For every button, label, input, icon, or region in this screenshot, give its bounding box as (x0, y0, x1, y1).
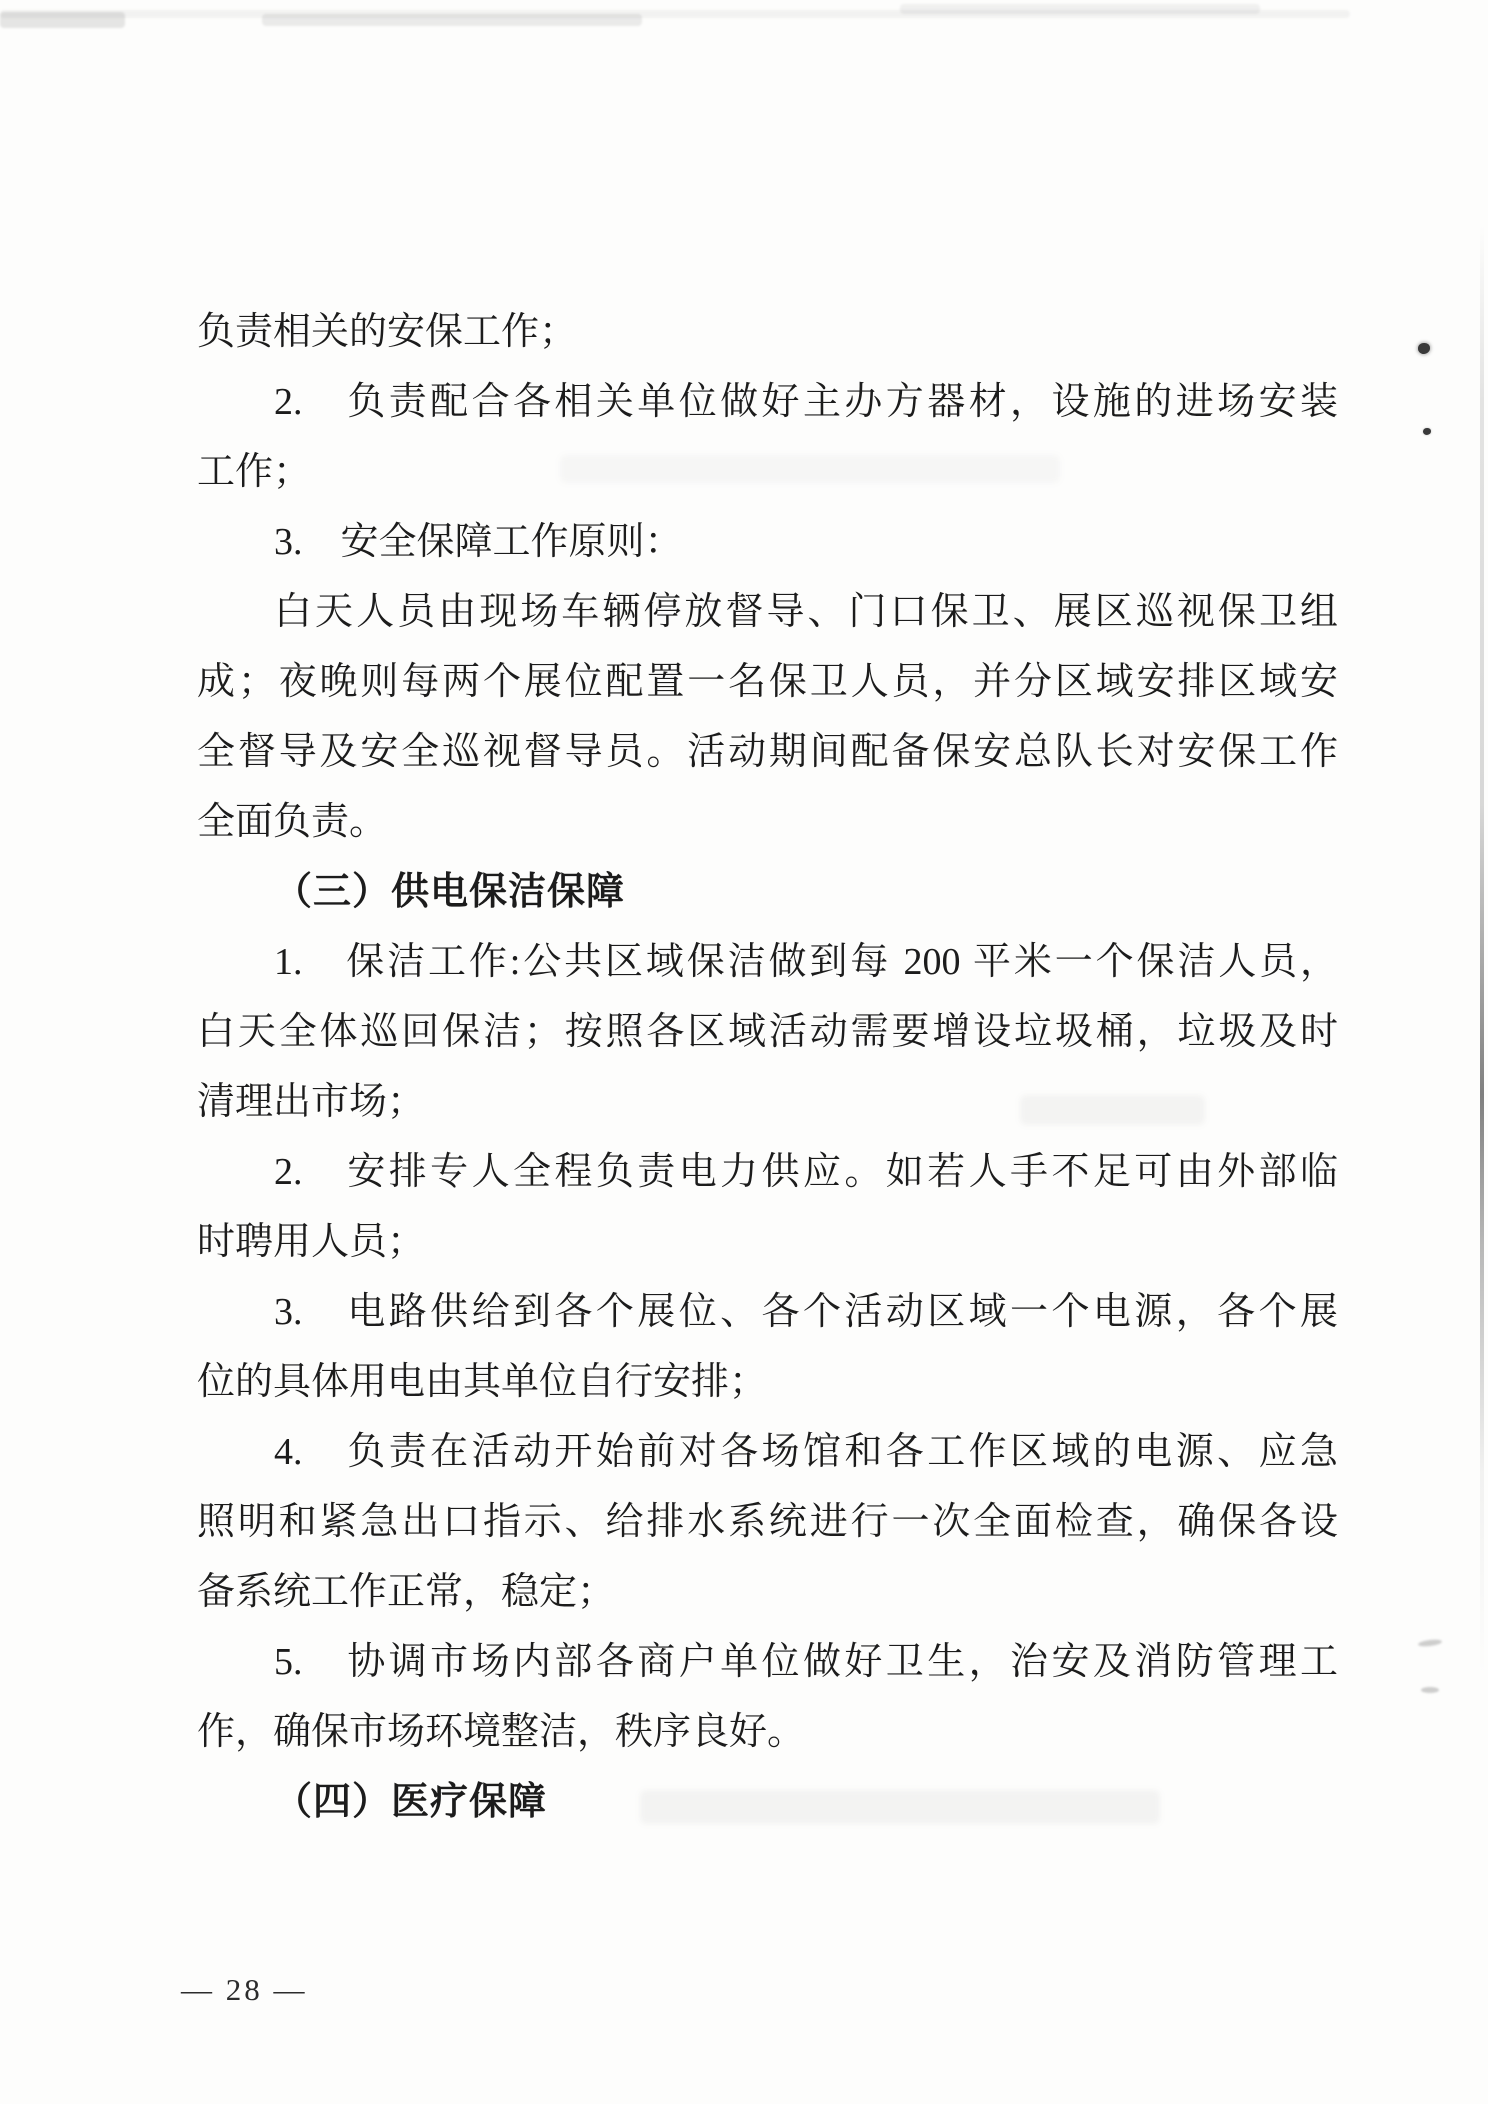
text-line: 全督导及安全巡视督导员。活动期间配备保安总队长对安保工作 (197, 717, 1338, 787)
bleed-through-artifact (560, 455, 1060, 483)
text-line: 3. 安全保障工作原则： (197, 507, 1338, 577)
text-line: 时聘用人员； (197, 1207, 1338, 1277)
text-line: 2. 安排专人全程负责电力供应。如若人手不足可由外部临 (197, 1137, 1338, 1207)
text-line: 成；夜晚则每两个展位配置一名保卫人员，并分区域安排区域安 (197, 647, 1338, 717)
scan-top-streak (262, 14, 642, 26)
scan-edge-artifact (1480, 225, 1484, 1675)
faint-smudge (1421, 1687, 1439, 1693)
page-number: — 28 — (181, 1972, 308, 2008)
faint-smudge (1418, 1639, 1443, 1648)
text-line: 白天全体巡回保洁；按照各区域活动需要增设垃圾桶，垃圾及时 (197, 997, 1338, 1067)
text-line: 3. 电路供给到各个展位、各个活动区域一个电源，各个展 (197, 1277, 1338, 1347)
text-line: 白天人员由现场车辆停放督导、门口保卫、展区巡视保卫组 (197, 577, 1338, 647)
document-body: 负责相关的安保工作；2. 负责配合各相关单位做好主办方器材，设施的进场安装工作；… (197, 297, 1338, 1837)
ink-speck (1423, 428, 1431, 435)
text-line: 2. 负责配合各相关单位做好主办方器材，设施的进场安装 (197, 367, 1338, 437)
text-line: 5. 协调市场内部各商户单位做好卫生，治安及消防管理工 (197, 1627, 1338, 1697)
scan-top-streak (900, 4, 1260, 14)
document-page: 负责相关的安保工作；2. 负责配合各相关单位做好主办方器材，设施的进场安装工作；… (0, 0, 1488, 2104)
text-line: 作，确保市场环境整洁，秩序良好。 (197, 1697, 1338, 1767)
text-line: 备系统工作正常，稳定； (197, 1557, 1338, 1627)
ink-speck (1418, 343, 1430, 354)
text-line: 1. 保洁工作:公共区域保洁做到每 200 平米一个保洁人员， (197, 927, 1338, 997)
text-line: 负责相关的安保工作； (197, 297, 1338, 367)
scan-top-streak (0, 12, 125, 28)
bleed-through-artifact (1020, 1095, 1205, 1125)
text-line: 4. 负责在活动开始前对各场馆和各工作区域的电源、应急 (197, 1417, 1338, 1487)
text-line: （三）供电保洁保障 (197, 857, 1338, 927)
text-line: 位的具体用电由其单位自行安排； (197, 1347, 1338, 1417)
text-line: 全面负责。 (197, 787, 1338, 857)
bleed-through-artifact (640, 1790, 1160, 1824)
text-line: 照明和紧急出口指示、给排水系统进行一次全面检查，确保各设 (197, 1487, 1338, 1557)
